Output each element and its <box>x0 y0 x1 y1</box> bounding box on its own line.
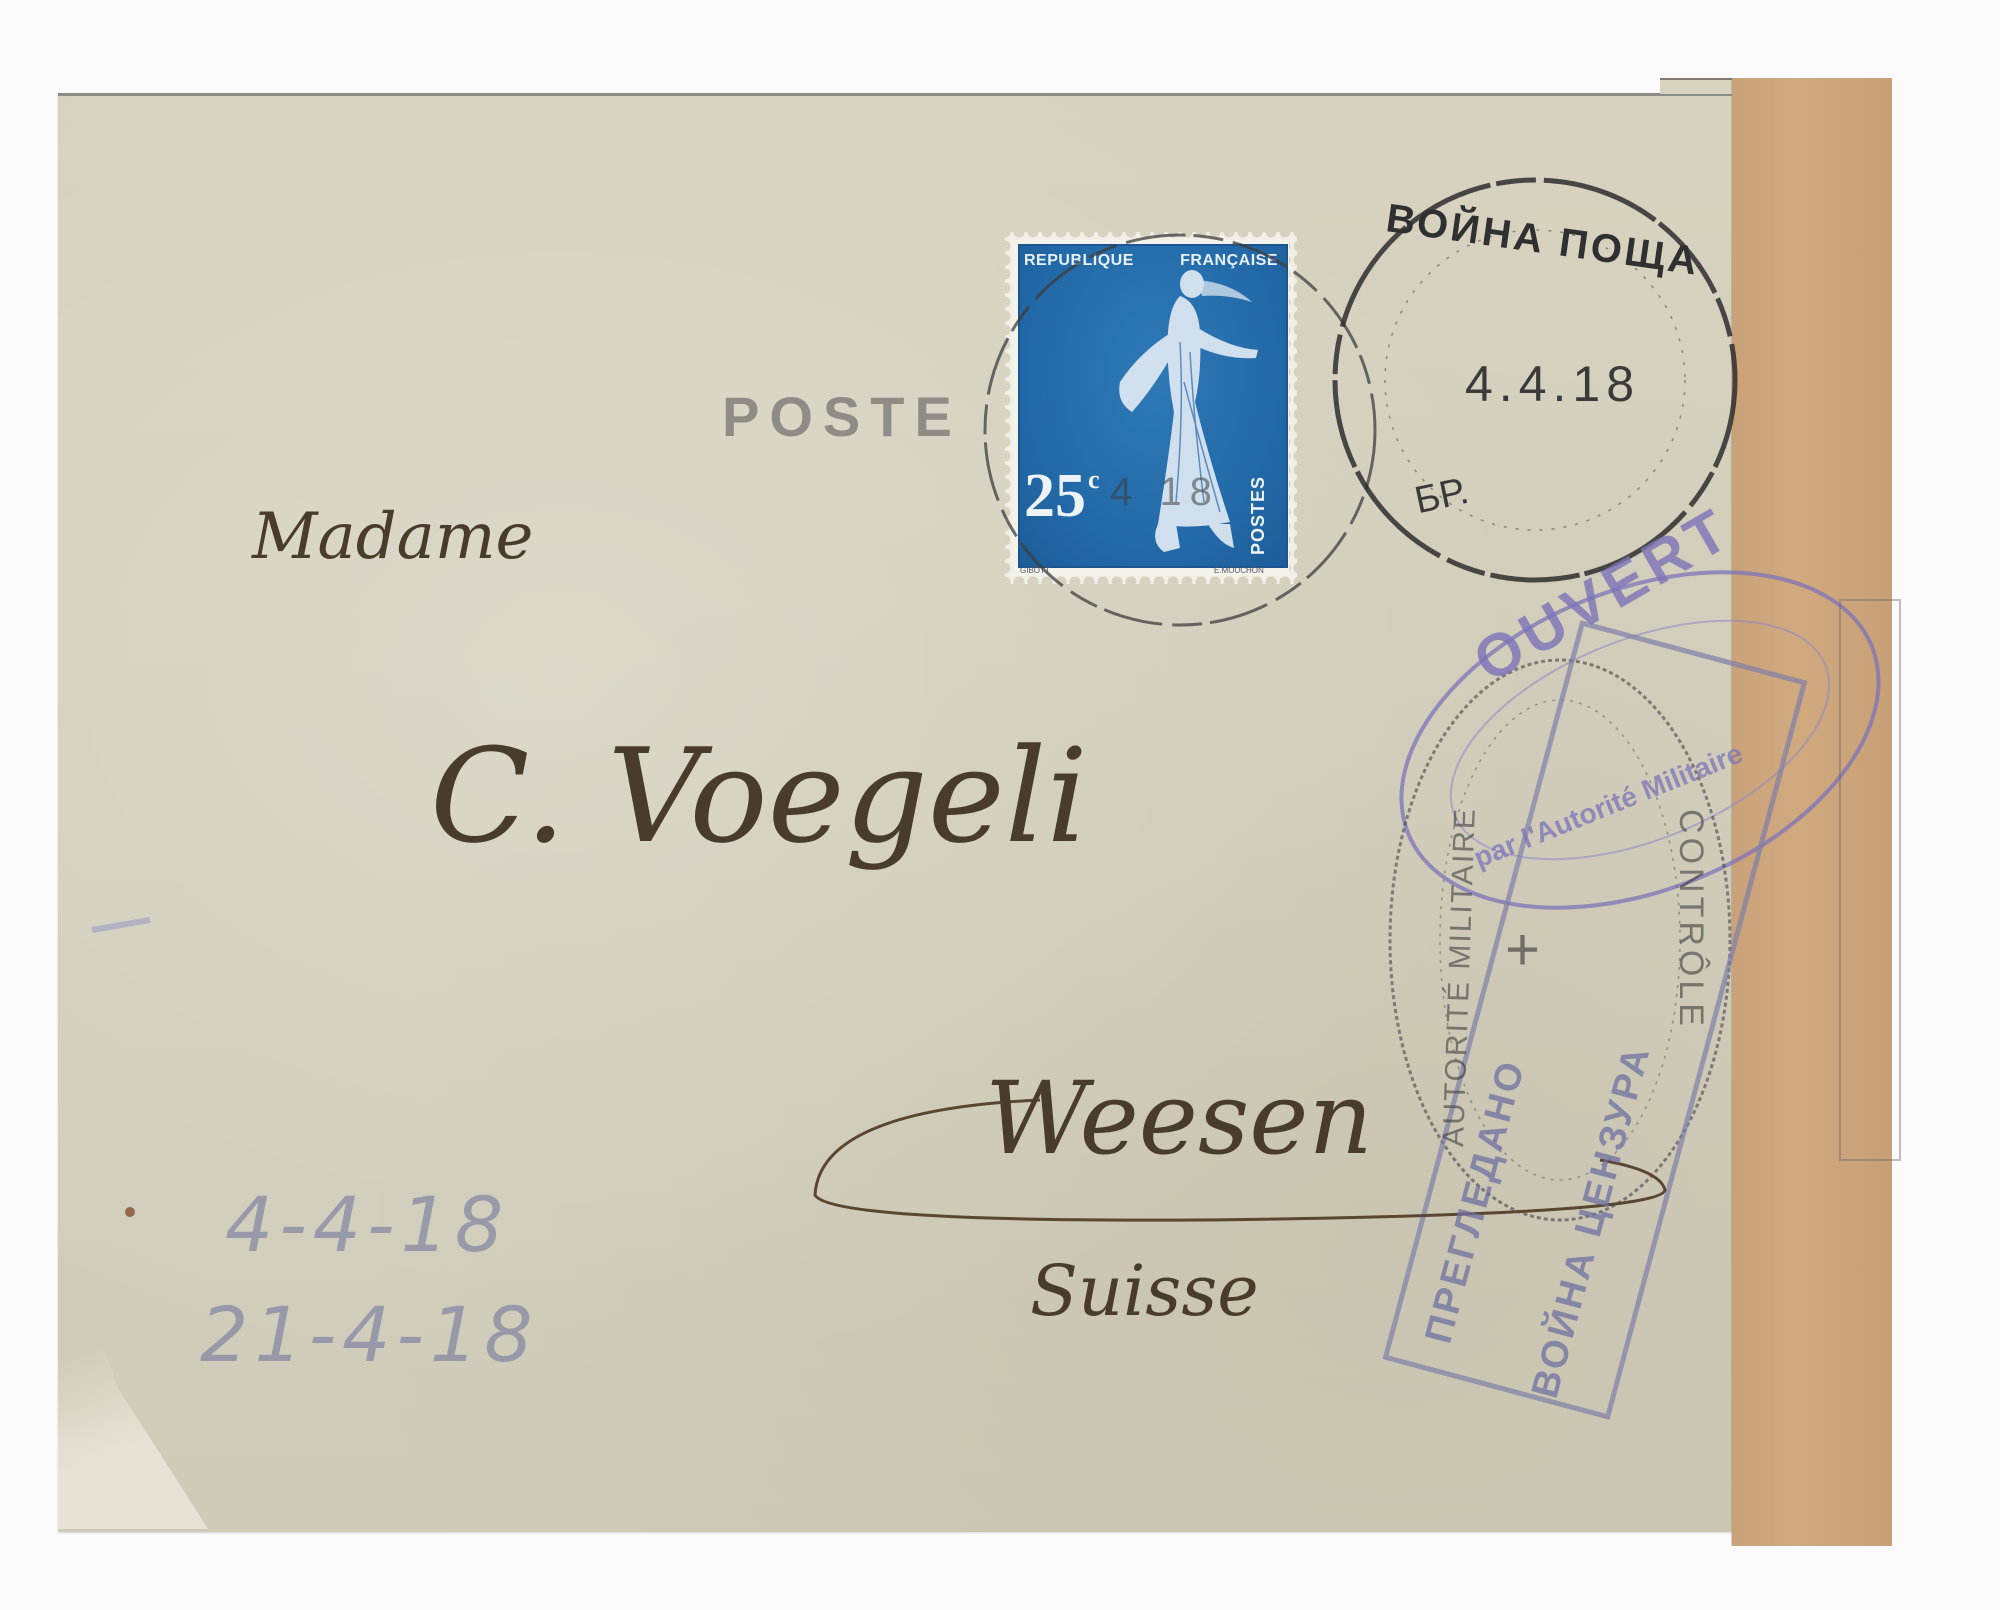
cds-date: 4.4.18 <box>1465 355 1640 413</box>
address-country: Suisse <box>1030 1250 1259 1332</box>
censor-oval-right-text: CONTRÔLE <box>1671 809 1710 1030</box>
stamp-imprint-left: GIBOTT <box>1020 566 1050 575</box>
address-salutation: Madame <box>252 500 533 574</box>
censor-tape <box>1732 78 1892 1546</box>
stamp-postes-label: POSTES <box>1248 435 1269 555</box>
pencil-note-received: 21-4-18 <box>200 1290 539 1379</box>
censor-oval-cross: + <box>1505 915 1540 984</box>
french-cds-date: 4 18 <box>1110 470 1220 515</box>
stamp-imprint-right: E.MOUCHON <box>1214 566 1264 575</box>
stamp-value: 25c <box>1024 465 1100 527</box>
address-city: Weesen <box>985 1060 1373 1177</box>
pencil-note-sent: 4-4-18 <box>225 1180 509 1269</box>
linear-cancel: POSTE <box>722 384 962 449</box>
sower-figure-icon <box>1080 262 1260 562</box>
address-name: C. Voegeli <box>430 720 1088 872</box>
